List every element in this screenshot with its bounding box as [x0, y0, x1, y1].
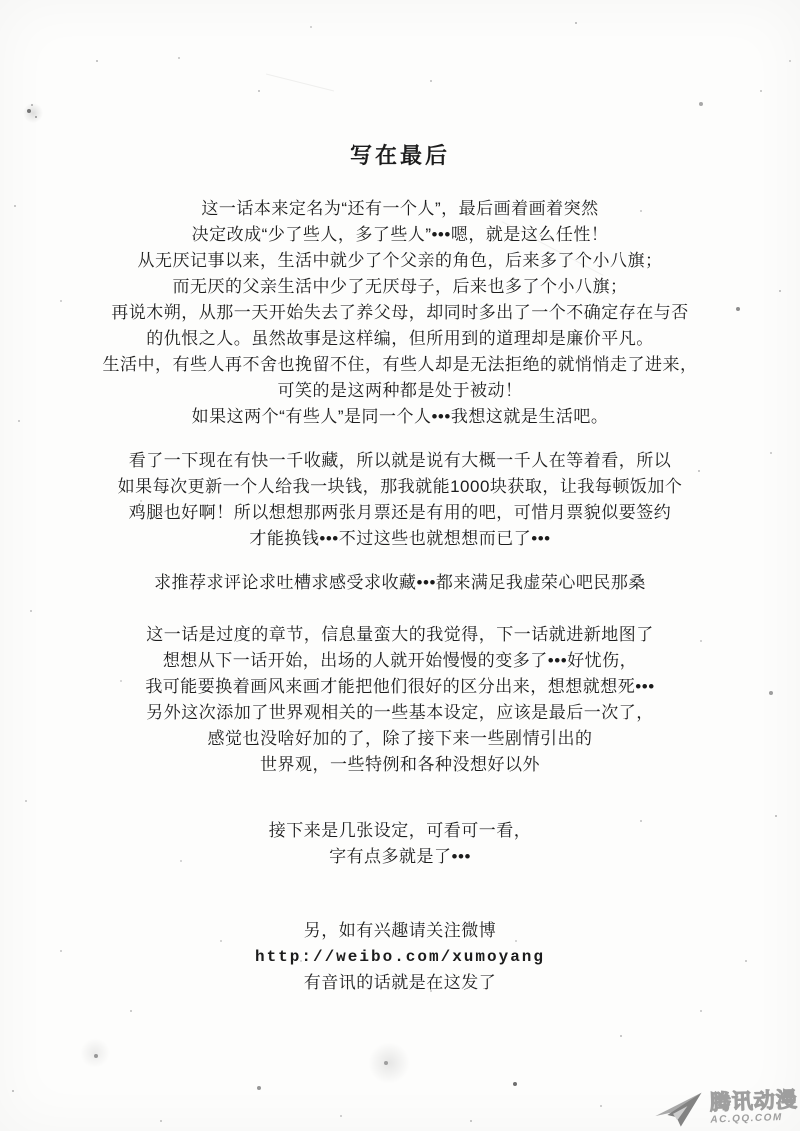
paragraph-weibo: 另，如有兴趣请关注微博 http://weibo.com/xumoyang 有音… — [0, 918, 800, 996]
paper-smudge — [368, 1042, 410, 1084]
text-line: 从无厌记事以来，生活中就少了个父亲的角色，后来多了个小八旗； — [0, 248, 800, 274]
text-line: 生活中，有些人再不舍也挽留不住，有些人却是无法拒绝的就悄悄走了进来， — [0, 352, 800, 378]
paper-scratch — [266, 74, 334, 92]
paper-smudge — [22, 102, 44, 124]
page-title: 写在最后 — [0, 143, 800, 169]
paper-plane-icon — [654, 1089, 707, 1131]
text-line: 才能换钱•••不过这些也就想想而已了••• — [0, 526, 800, 552]
watermark-domain: AC.QQ.COM — [710, 1111, 798, 1125]
afterword-page: 写在最后 这一话本来定名为“还有一个人”，最后画着画着突然 决定改成“少了些人，… — [0, 0, 800, 1131]
text-line: 另，如有兴趣请关注微博 — [0, 918, 800, 944]
text-line: 接下来是几张设定，可看可一看， — [0, 818, 800, 844]
paper-smudge — [80, 1038, 110, 1068]
text-line: 世界观，一些特例和各种没想好以外 — [0, 752, 800, 778]
paragraph-collections: 看了一下现在有快一千收藏，所以就是说有大概一千人在等着看，所以 如果每次更新一个… — [0, 448, 800, 552]
paragraph-request: 求推荐求评论求吐槽求感受求收藏•••都来满足我虚荣心吧民那桑 — [0, 570, 800, 596]
watermark-text: 腾讯动漫 AC.QQ.COM — [709, 1089, 798, 1125]
text-line: 如果每次更新一个人给我一块钱，那我就能1000块获取，让我每顿饭加个 — [0, 474, 800, 500]
text-line: 另外这次添加了世界观相关的一些基本设定，应该是最后一次了， — [0, 700, 800, 726]
paragraph-next-chapter: 这一话是过度的章节，信息量蛮大的我觉得，下一话就进新地图了 想想从下一话开始，出… — [0, 622, 800, 778]
text-line: 决定改成“少了些人，多了些人”•••嗯，就是这么任性！ — [0, 222, 800, 248]
text-line: 感觉也没啥好加的了，除了接下来一些剧情引出的 — [0, 726, 800, 752]
text-line: 的仇恨之人。虽然故事是这样编，但所用到的道理却是廉价平凡。 — [0, 326, 800, 352]
text-line: 求推荐求评论求吐槽求感受求收藏•••都来满足我虚荣心吧民那桑 — [0, 570, 800, 596]
text-line: 字有点多就是了••• — [0, 844, 800, 870]
text-line: 有音讯的话就是在这发了 — [0, 970, 800, 996]
afterword-content: 写在最后 这一话本来定名为“还有一个人”，最后画着画着突然 决定改成“少了些人，… — [0, 143, 800, 996]
watermark-brand: 腾讯动漫 — [709, 1089, 798, 1113]
weibo-url-text: http://weibo.com/xumoyang — [0, 944, 800, 970]
text-line: 想想从下一话开始，出场的人就开始慢慢的变多了•••好忧伤， — [0, 648, 800, 674]
text-line: 而无厌的父亲生活中少了无厌母子，后来也多了个小八旗； — [0, 274, 800, 300]
text-line: 看了一下现在有快一千收藏，所以就是说有大概一千人在等着看，所以 — [0, 448, 800, 474]
text-line: 鸡腿也好啊！所以想想那两张月票还是有用的吧，可惜月票貌似要签约 — [0, 500, 800, 526]
paragraph-naming: 这一话本来定名为“还有一个人”，最后画着画着突然 决定改成“少了些人，多了些人”… — [0, 196, 800, 430]
paper-speckles — [0, 0, 2, 2]
text-line: 如果这两个“有些人”是同一个人•••我想这就是生活吧。 — [0, 404, 800, 430]
tencent-comics-watermark: 腾讯动漫 AC.QQ.COM — [654, 1086, 798, 1131]
text-line: 我可能要换着画风来画才能把他们很好的区分出来，想想就想死••• — [0, 674, 800, 700]
paragraph-settings-pages: 接下来是几张设定，可看可一看， 字有点多就是了••• — [0, 818, 800, 870]
text-line: 再说木朔，从那一天开始失去了养父母，却同时多出了一个不确定存在与否 — [0, 300, 800, 326]
text-line: 可笑的是这两种都是处于被动！ — [0, 378, 800, 404]
text-line: 这一话本来定名为“还有一个人”，最后画着画着突然 — [0, 196, 800, 222]
text-line: 这一话是过度的章节，信息量蛮大的我觉得，下一话就进新地图了 — [0, 622, 800, 648]
